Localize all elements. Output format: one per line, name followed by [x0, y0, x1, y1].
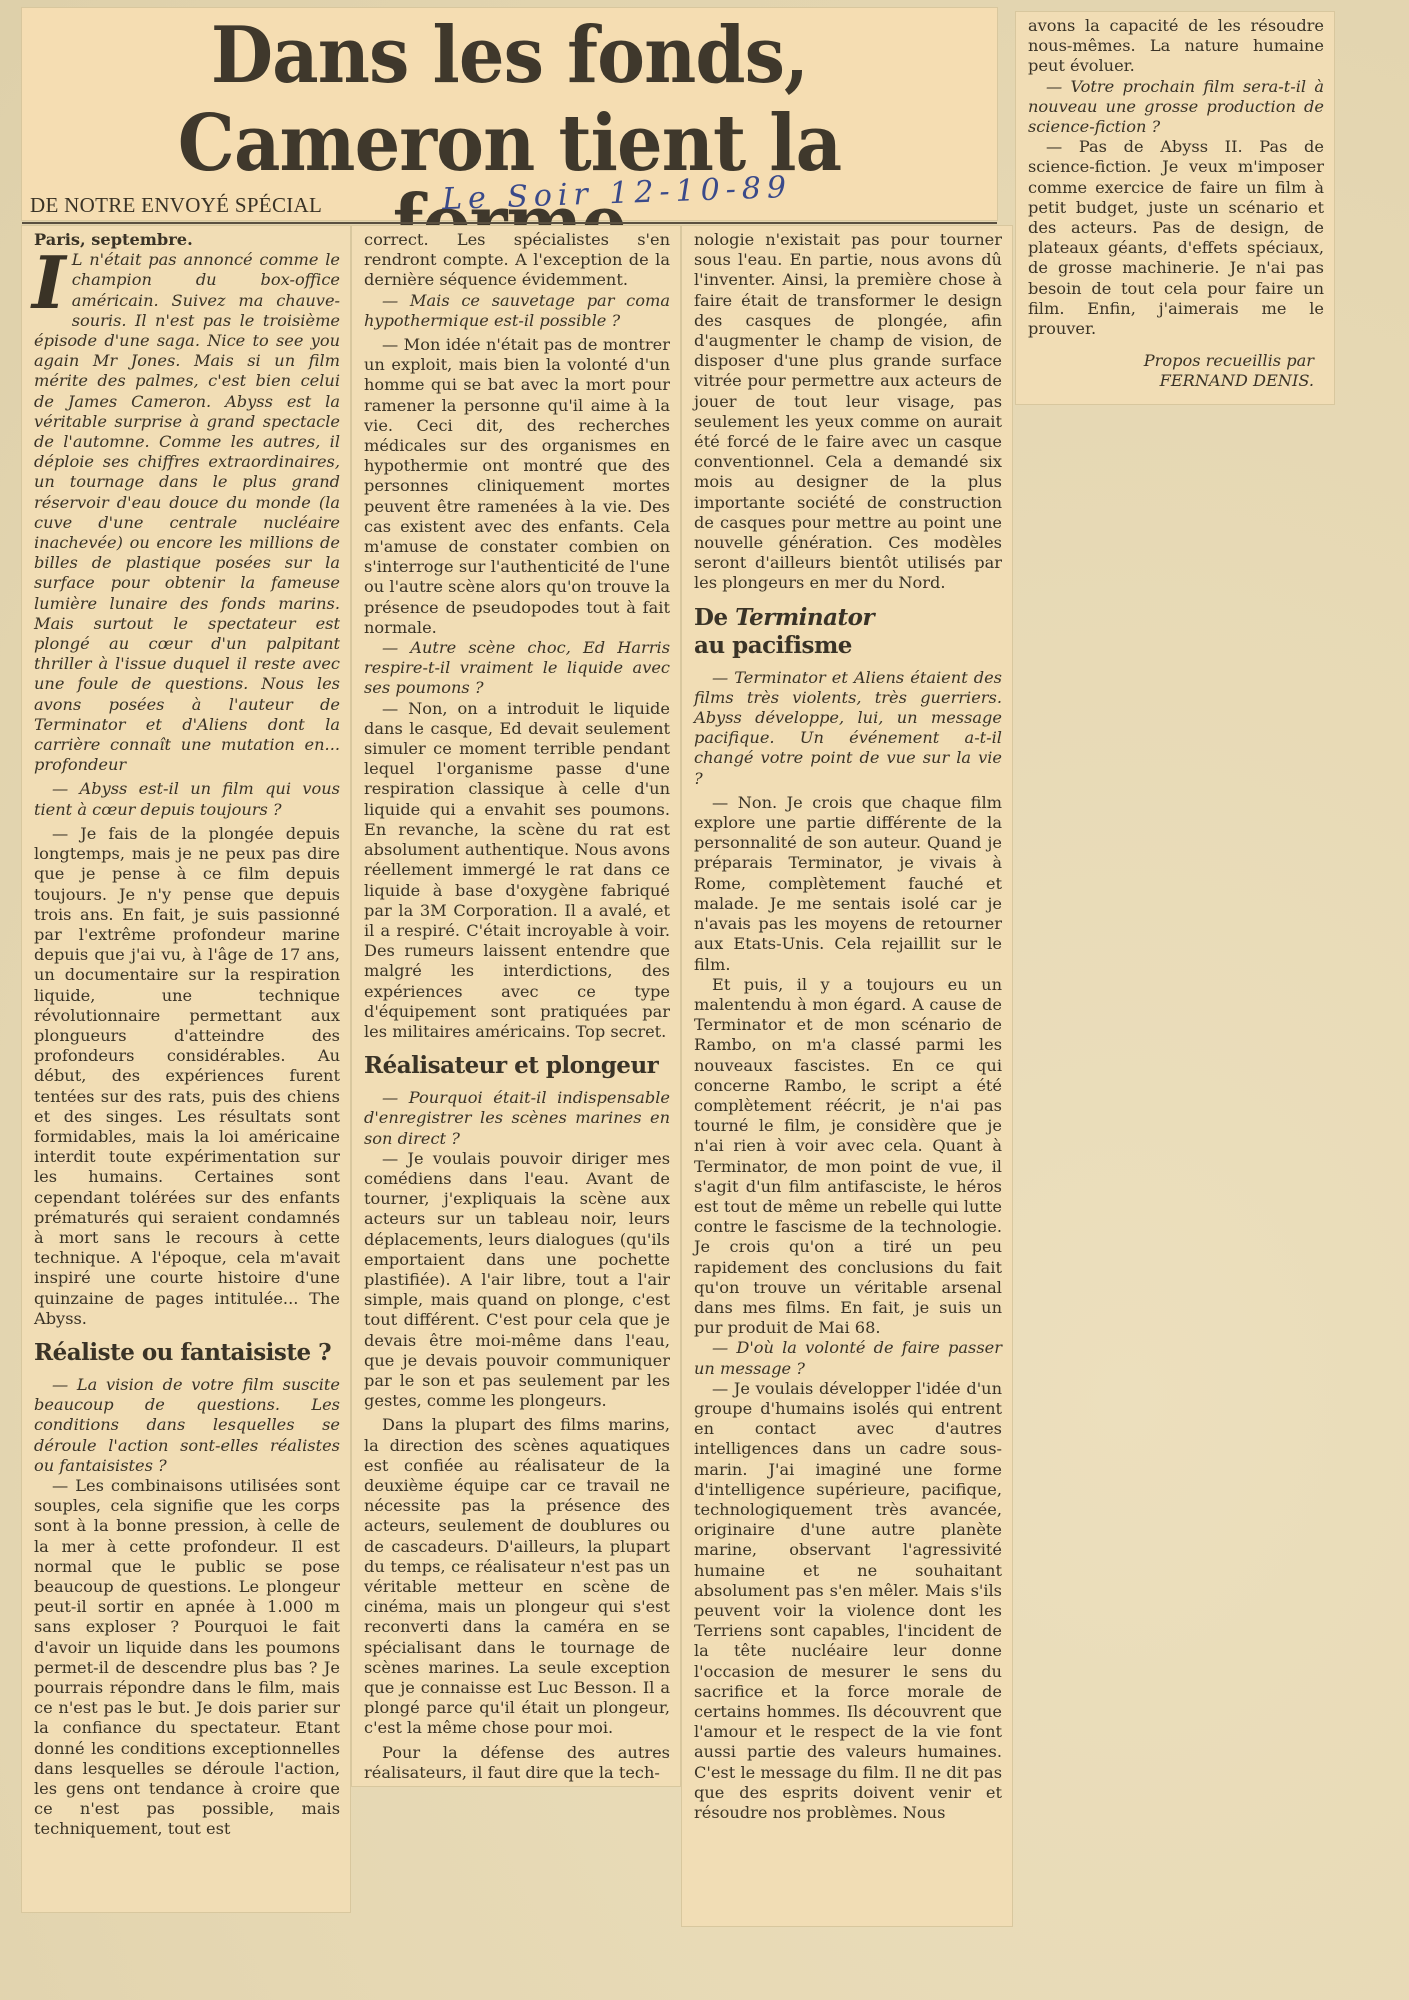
answer: — Je voulais pouvoir diriger mes comédie…	[364, 1149, 670, 1412]
answer: — Non. Je crois que chaque film explore …	[694, 793, 1002, 975]
article-column-4: avons la capacité de les résoudre nous-m…	[1016, 12, 1334, 404]
article-column-2: correct. Les spécialistes s'en rendront …	[352, 226, 680, 1786]
signature-author: FERNAND DENIS.	[1028, 371, 1314, 391]
continued-text: correct. Les spécialistes s'en rendront …	[364, 230, 670, 291]
intro-paragraph: IL n'était pas annoncé comme le champion…	[34, 250, 340, 775]
question: — Autre scène choc, Ed Harris respire-t-…	[364, 638, 670, 699]
subheading: De Terminatorau pacifisme	[694, 604, 1002, 660]
headline-clipping: Dans les fonds, Cameron tient la forme D…	[22, 8, 997, 220]
subheading: Réalisateur et plongeur	[364, 1052, 670, 1080]
continued-text: avons la capacité de les résoudre nous-m…	[1028, 16, 1324, 77]
paragraph: Et puis, il y a toujours eu un malentend…	[694, 975, 1002, 1339]
answer: — Les combinaisons utilisées sont souple…	[34, 1476, 340, 1840]
article-column-1: Paris, septembre. IL n'était pas annoncé…	[22, 226, 350, 1912]
question: — Votre prochain film sera-t-il à nouvea…	[1028, 77, 1324, 138]
answer: — Pas de Abyss II. Pas de science-fictio…	[1028, 137, 1324, 339]
paragraph: Dans la plupart des films marins, la dir…	[364, 1415, 670, 1738]
question: — Terminator et Aliens étaient des films…	[694, 668, 1002, 789]
headline-line-1: Dans les fonds,	[61, 16, 958, 96]
byline: DE NOTRE ENVOYÉ SPÉCIAL	[30, 193, 322, 218]
answer: — Je voulais développer l'idée d'un grou…	[694, 1379, 1002, 1823]
drop-cap: I	[32, 254, 66, 312]
answer: — Non, on a introduit le liquide dans le…	[364, 699, 670, 1042]
question: — D'où la volonté de faire passer un mes…	[694, 1338, 1002, 1378]
question: — La vision de votre film suscite beauco…	[34, 1375, 340, 1476]
answer: — Je fais de la plongée depuis longtemps…	[34, 824, 340, 1329]
article-column-3: nologie n'existait pas pour tourner sous…	[682, 226, 1012, 1926]
dateline: Paris, septembre.	[34, 230, 340, 250]
question: — Mais ce sauvetage par coma hypothermiq…	[364, 291, 670, 331]
subheading: Réaliste ou fantaisiste ?	[34, 1339, 340, 1367]
signature-line-1: Propos recueillis par	[1028, 351, 1314, 371]
paragraph: Pour la défense des autres réalisateurs,…	[364, 1743, 670, 1783]
question: — Pourquoi était-il indispensable d'enre…	[364, 1088, 670, 1149]
question: — Abyss est-il un film qui vous tient à …	[34, 779, 340, 819]
continued-text: nologie n'existait pas pour tourner sous…	[694, 230, 1002, 594]
answer: — Mon idée n'était pas de montrer un exp…	[364, 335, 670, 638]
headline-divider	[22, 222, 997, 224]
signature: Propos recueillis par FERNAND DENIS.	[1028, 351, 1324, 391]
